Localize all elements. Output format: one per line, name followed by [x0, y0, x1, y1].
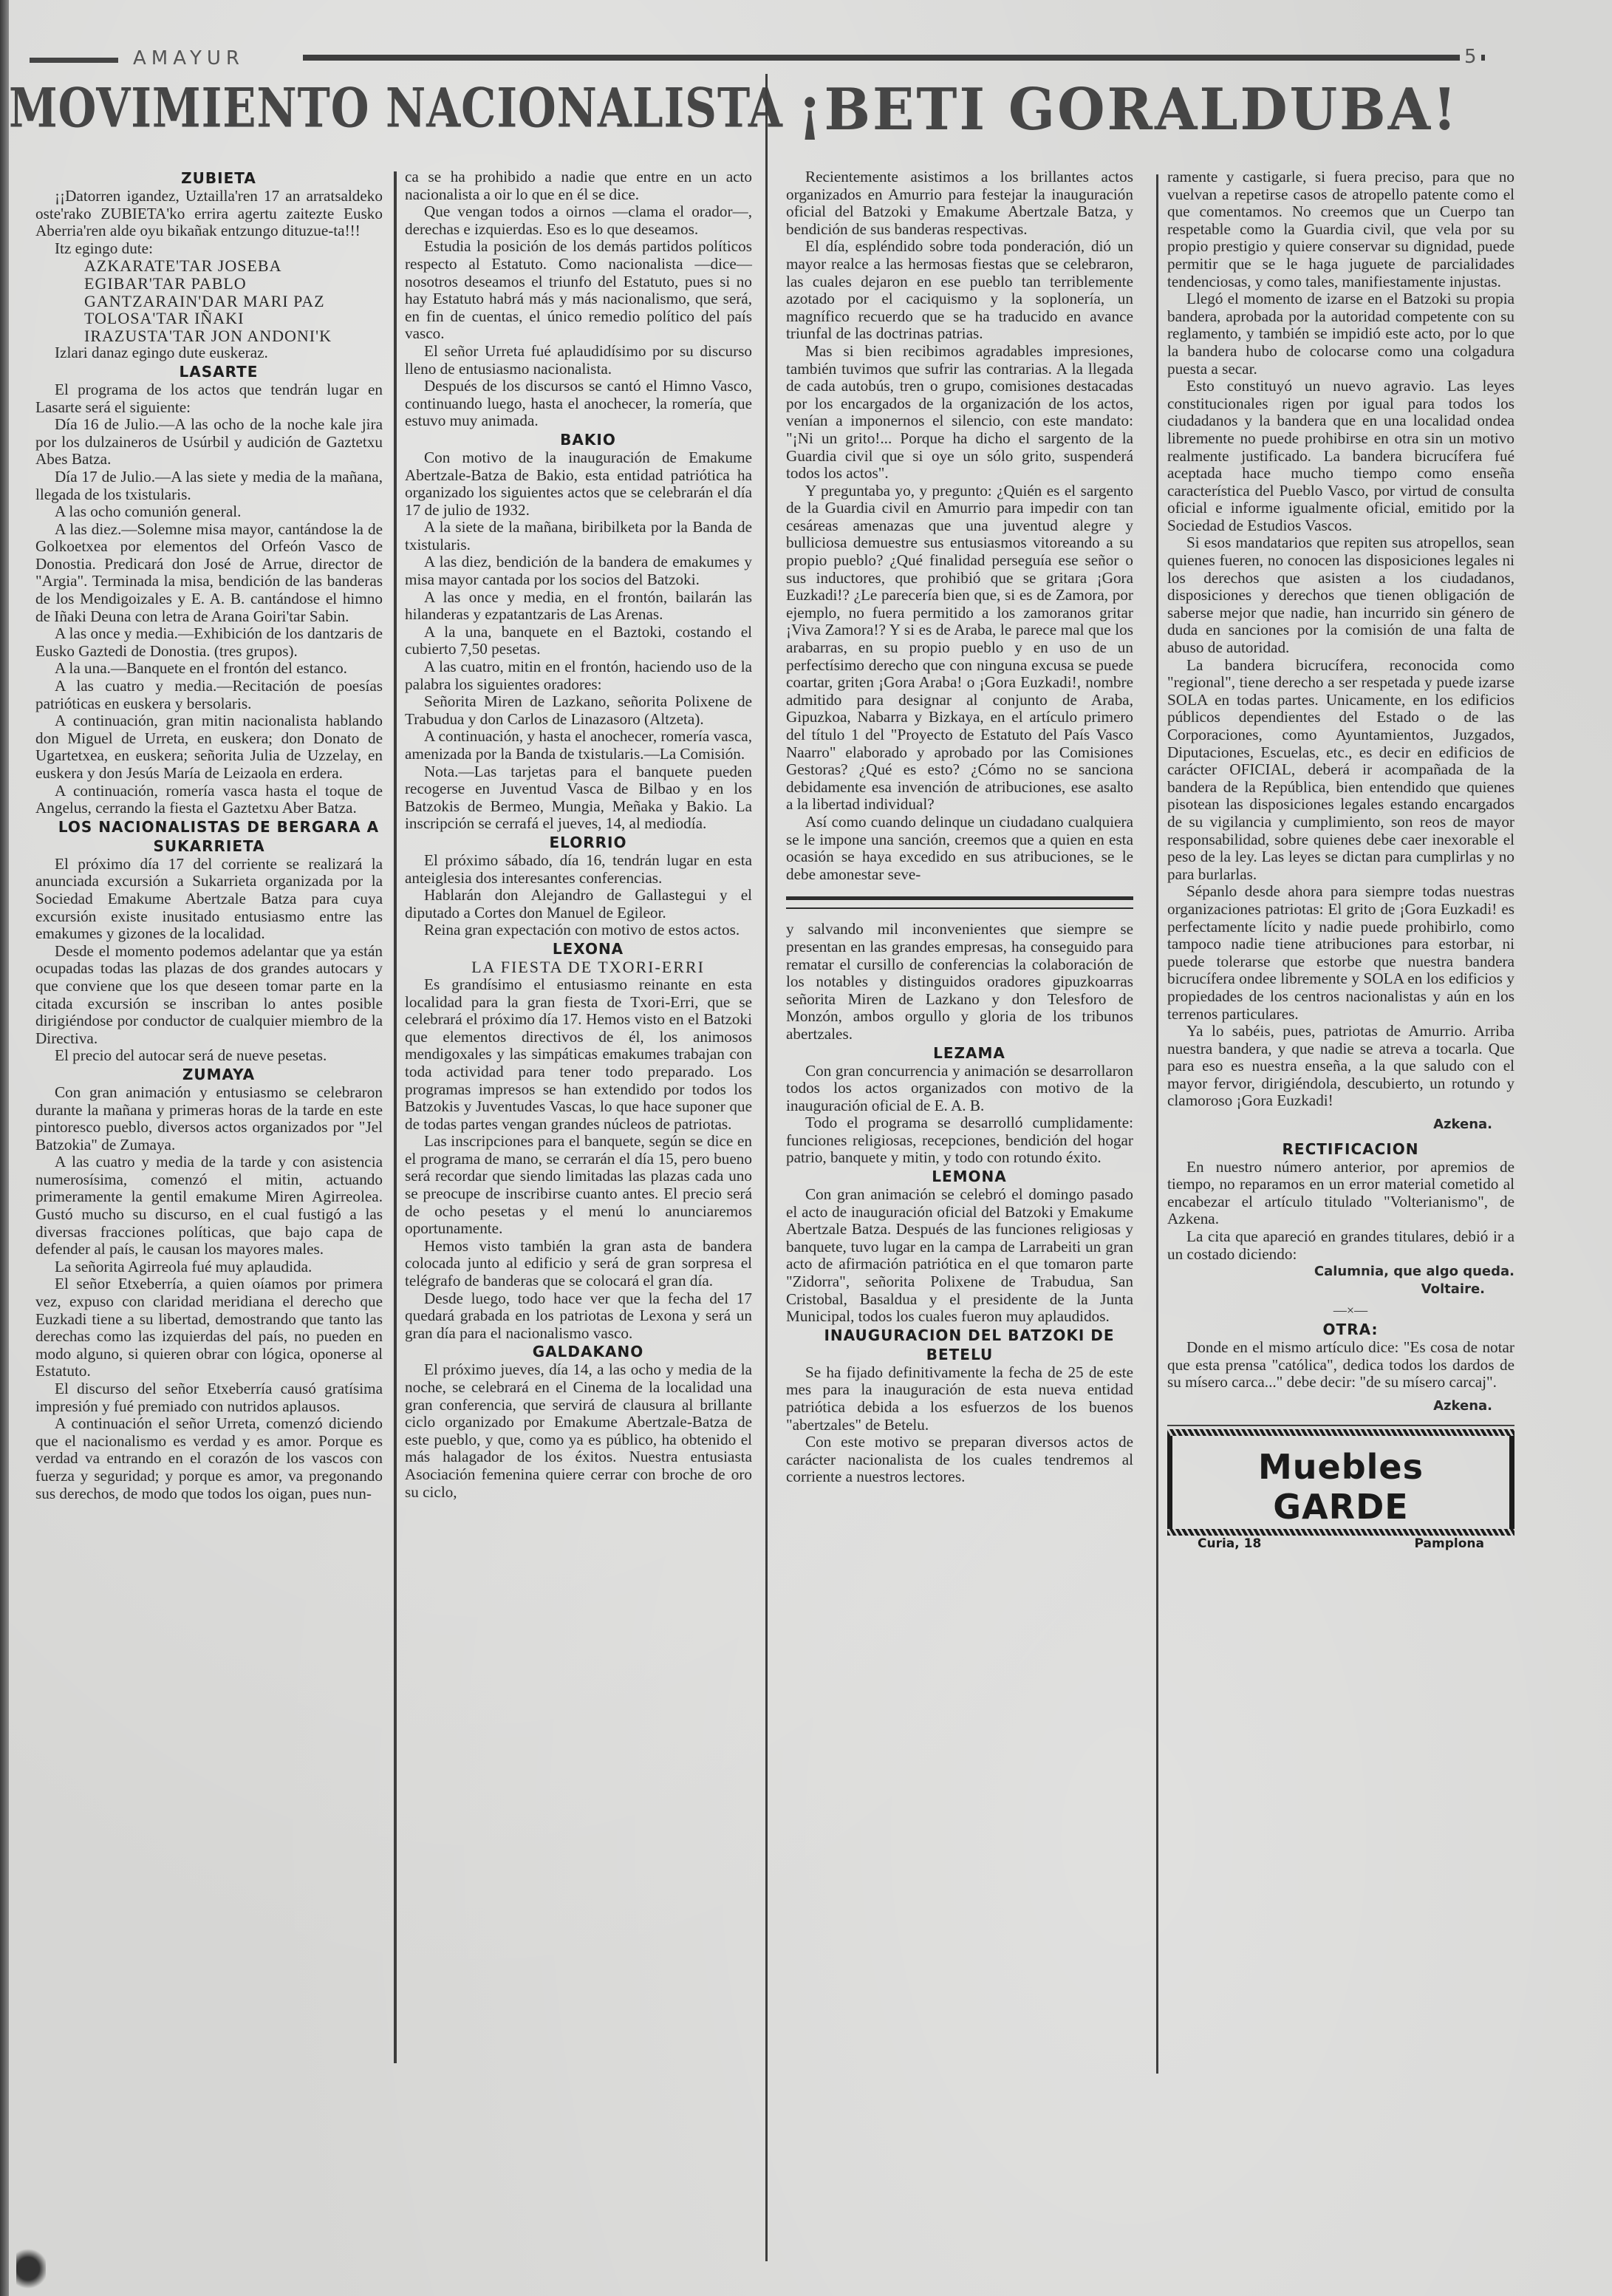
paragraph: ca se ha prohibido a nadie que entre en … — [405, 168, 752, 203]
column-1: ZUBIETA ¡¡Datorren igandez, Uztailla'ren… — [35, 168, 383, 1502]
separator: —×— — [1167, 1302, 1514, 1320]
author-signature: Azkena. — [1167, 1116, 1492, 1134]
scan-edge — [0, 0, 9, 2296]
paragraph: y salvando mil inconvenientes que siempr… — [786, 921, 1133, 1043]
quote: Calumnia, que algo queda. — [1167, 1263, 1514, 1281]
paragraph: Así como cuando delinque un ciudadano cu… — [786, 814, 1133, 883]
paragraph: Que vengan todos a oirnos —clama el orad… — [405, 203, 752, 238]
section-title-lexona: LEXONA — [405, 939, 752, 958]
paragraph: Las inscripciones para el banquete, segú… — [405, 1133, 752, 1238]
paragraph: A continuación, romería vasca hasta el t… — [35, 783, 383, 817]
paragraph: El día, espléndido sobre toda ponderació… — [786, 238, 1133, 343]
section-title-bakio: BAKIO — [405, 430, 752, 449]
speaker-list: AZKARATE'TAR JOSEBA EGIBAR'TAR PABLO GAN… — [35, 257, 383, 344]
paragraph: Donde en el mismo artículo dice: "Es cos… — [1167, 1339, 1514, 1391]
section-title-lasarte: LASARTE — [35, 362, 383, 381]
paragraph: Izlari danaz egingo dute euskeraz. — [35, 344, 383, 362]
paragraph: A la una.—Banquete en el frontón del est… — [35, 660, 383, 678]
paragraph: A continuación, y hasta el anochecer, ro… — [405, 728, 752, 763]
section-title-galdakano: GALDAKANO — [405, 1342, 752, 1361]
paragraph: A la siete de la mañana, biribilketa por… — [405, 519, 752, 553]
newspaper-page: AMAYUR 5 MOVIMIENTO NACIONALISTA ¡BETI G… — [0, 0, 1612, 2296]
paragraph: Es grandísimo el entusiasmo reinante en … — [405, 976, 752, 1133]
paragraph: El precio del autocar será de nueve pese… — [35, 1047, 383, 1065]
ad-city: Pamplona — [1415, 1536, 1484, 1553]
column-divider — [394, 171, 397, 2063]
paragraph: Señorita Miren de Lazkano, señorita Poli… — [405, 693, 752, 728]
paragraph: Con este motivo se preparan diversos act… — [786, 1434, 1133, 1486]
section-title-otra: OTRA: — [1167, 1320, 1514, 1339]
paragraph: Ya lo sabéis, pues, patriotas de Amurrio… — [1167, 1023, 1514, 1110]
paragraph: El próximo jueves, día 14, a las ocho y … — [405, 1361, 752, 1501]
paragraph: Hemos visto también la gran asta de band… — [405, 1238, 752, 1290]
masthead: AMAYUR 5 — [30, 49, 1500, 67]
paragraph: A las cuatro, mitin en el frontón, hacie… — [405, 658, 752, 693]
paragraph: Sépanlo desde ahora para siempre todas n… — [1167, 883, 1514, 1023]
speaker-name: IRAZUSTA'TAR JON ANDONI'K — [35, 327, 383, 345]
section-title-lezama: LEZAMA — [786, 1043, 1133, 1063]
speaker-name: GANTZARAIN'DAR MARI PAZ — [35, 293, 383, 310]
paragraph: A las once y media.—Exhibición de los da… — [35, 625, 383, 660]
headline-beti-goralduba: ¡BETI GORALDUBA! — [798, 81, 1459, 139]
author-signature: Azkena. — [1167, 1397, 1492, 1415]
section-title-betelu: INAUGURACION DEL BATZOKI DE BETELU — [786, 1326, 1133, 1364]
masthead-rule — [303, 55, 1485, 61]
paragraph: Día 16 de Julio.—A las ocho de la noche … — [35, 416, 383, 469]
paragraph: La cita que apareció en grandes titulare… — [1167, 1228, 1514, 1263]
paragraph: ramente y castigarle, si fuera preciso, … — [1167, 168, 1514, 290]
headline-movimiento-nacionalista: MOVIMIENTO NACIONALISTA — [9, 81, 783, 135]
column-3: Recientemente asistimos a los brillantes… — [786, 168, 1133, 1486]
speaker-name: AZKARATE'TAR JOSEBA — [35, 257, 383, 275]
newspaper-name: AMAYUR — [133, 47, 245, 69]
paragraph: Hablarán don Alejandro de Gallastegui y … — [405, 887, 752, 922]
paragraph: Si esos mandatarios que repiten sus atro… — [1167, 534, 1514, 656]
paragraph: A las once y media, en el frontón, baila… — [405, 589, 752, 624]
paragraph: Con gran animación y entusiasmo se celeb… — [35, 1084, 383, 1154]
ad-footer: Curia, 18 Pamplona — [1186, 1536, 1496, 1553]
paragraph: Desde luego, todo hace ver que la fecha … — [405, 1290, 752, 1343]
section-title-zubieta: ZUBIETA — [35, 168, 383, 188]
paragraph: Itz egingo dute: — [35, 240, 383, 258]
paragraph: A las diez.—Solemne misa mayor, cantándo… — [35, 521, 383, 626]
paragraph: Mas si bien recibimos agradables impresi… — [786, 343, 1133, 483]
paragraph: El programa de los actos que tendrán lug… — [35, 381, 383, 416]
section-title-zumaya: ZUMAYA — [35, 1065, 383, 1084]
paragraph: A las diez, bendición de la bandera de e… — [405, 553, 752, 588]
paragraph: La señorita Agirreola fué muy aplaudida. — [35, 1258, 383, 1276]
paragraph: Día 17 de Julio.—A las siete y media de … — [35, 469, 383, 503]
paragraph: La bandera bicrucífera, reconocida como … — [1167, 657, 1514, 884]
paragraph: A las cuatro y media de la tarde y con a… — [35, 1154, 383, 1258]
column-2: ca se ha prohibido a nadie que entre en … — [405, 168, 752, 1501]
ink-blot — [16, 2246, 46, 2291]
speaker-name: TOLOSA'TAR IÑAKI — [35, 310, 383, 327]
paragraph: El discurso del señor Etxeberría causó g… — [35, 1380, 383, 1415]
speaker-name: EGIBAR'TAR PABLO — [35, 275, 383, 293]
article-divider — [786, 896, 1133, 909]
paragraph: El señor Urreta fué aplaudidísimo por su… — [405, 343, 752, 378]
paragraph: Y preguntaba yo, y pregunto: ¿Quién es e… — [786, 483, 1133, 814]
page-number: 5 — [1460, 46, 1481, 68]
paragraph: Llegó el momento de izarse en el Batzoki… — [1167, 290, 1514, 378]
section-title-bergara: LOS NACIONALISTAS DE BERGARA A SUKARRIET… — [35, 817, 383, 856]
paragraph: En nuestro número anterior, por apremios… — [1167, 1159, 1514, 1228]
paragraph: El señor Etxeberría, a quien oíamos por … — [35, 1275, 383, 1380]
paragraph: Con motivo de la inauguración de Emakume… — [405, 449, 752, 519]
paragraph: Después de los discursos se cantó el Him… — [405, 378, 752, 430]
divider — [1167, 1425, 1514, 1426]
section-subtitle-txori-erri: LA FIESTA DE TXORI-ERRI — [405, 958, 752, 976]
paragraph: Estudia la posición de los demás partido… — [405, 238, 752, 343]
section-title-elorrio: ELORRIO — [405, 833, 752, 852]
paragraph: A las ocho comunión general. — [35, 503, 383, 521]
section-title-lemona: LEMONA — [786, 1167, 1133, 1186]
paragraph: A las cuatro y media.—Recitación de poes… — [35, 678, 383, 712]
paragraph: Esto constituyó un nuevo agravio. Las le… — [1167, 378, 1514, 534]
paragraph: ¡¡Datorren igandez, Uztailla'ren 17 an a… — [35, 188, 383, 240]
ad-address: Curia, 18 — [1198, 1536, 1261, 1553]
paragraph: El próximo día 17 del corriente se reali… — [35, 856, 383, 943]
column-divider — [1156, 174, 1158, 2074]
paragraph: Con gran concurrencia y animación se des… — [786, 1063, 1133, 1115]
paragraph: A la una, banquete en el Baztoki, costan… — [405, 624, 752, 658]
paragraph: Reina gran expectación con motivo de est… — [405, 922, 752, 939]
paragraph: A continuación, gran mitin nacionalista … — [35, 712, 383, 782]
quote-author: Voltaire. — [1167, 1281, 1485, 1298]
paragraph: Se ha fijado definitivamente la fecha de… — [786, 1364, 1133, 1434]
paragraph: Desde el momento podemos adelantar que y… — [35, 943, 383, 1048]
masthead-rule — [30, 58, 118, 63]
column-divider — [765, 74, 768, 2261]
paragraph: Nota.—Las tarjetas para el banquete pued… — [405, 763, 752, 833]
paragraph: Todo el programa se desarrolló cumplidam… — [786, 1114, 1133, 1167]
ad-title: Muebles GARDE — [1186, 1447, 1496, 1527]
paragraph: Con gran animación se celebró el domingo… — [786, 1186, 1133, 1326]
paragraph: El próximo sábado, día 16, tendrán lugar… — [405, 852, 752, 887]
column-4: ramente y castigarle, si fuera preciso, … — [1167, 168, 1514, 1533]
paragraph: A continuación el señor Urreta, comenzó … — [35, 1415, 383, 1502]
advertisement-muebles-garde: Muebles GARDE Curia, 18 Pamplona — [1167, 1432, 1514, 1533]
paragraph: Recientemente asistimos a los brillantes… — [786, 168, 1133, 238]
section-title-rectificacion: RECTIFICACION — [1167, 1140, 1514, 1159]
